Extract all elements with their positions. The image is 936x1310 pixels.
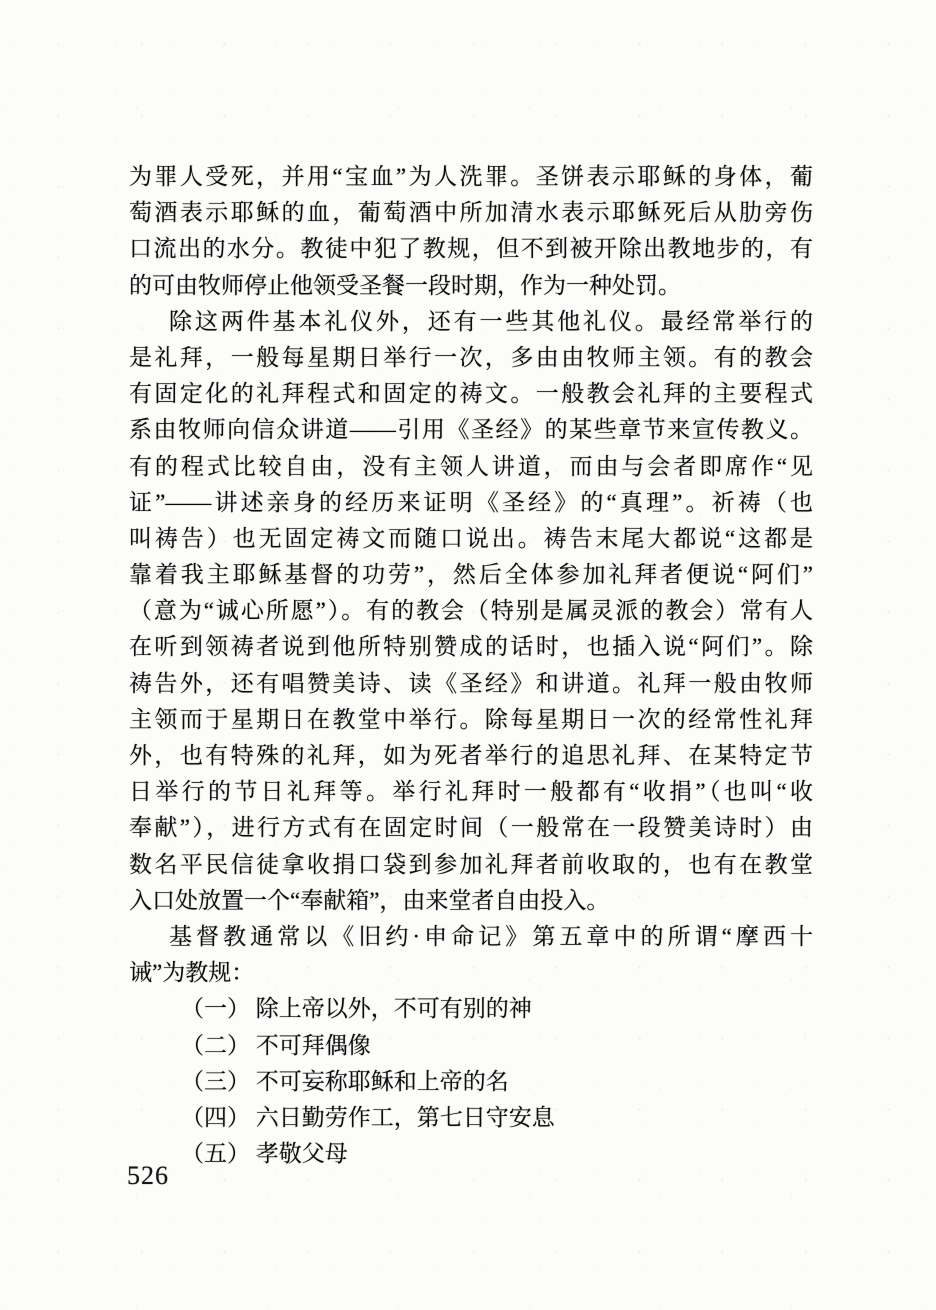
text-line: 是礼拜，一般每星期日举行一次，多由由牧师主领。有的教会 [129, 340, 813, 376]
text-line: 系由牧师向信众讲道——引用《圣经》的某些章节来宣传教义。 [129, 412, 813, 448]
page-number: 526 [127, 1161, 169, 1191]
text-line: （意为“诚心所愿”）。有的教会（特别是属灵派的教会）常有人 [129, 593, 813, 629]
commandment-list-item: （二） 不可拜偶像 [129, 1028, 813, 1064]
text-line: 叫祷告）也无固定祷文而随口说出。祷告末尾大都说“这都是 [129, 521, 813, 557]
text-line: 诫”为教规： [129, 955, 813, 991]
text-line: 入口处放置一个“奉献箱”，由来堂者自由投入。 [129, 883, 813, 919]
text-line: 的可由牧师停止他领受圣餐一段时期，作为一种处罚。 [129, 268, 813, 304]
text-line: 外，也有特殊的礼拜，如为死者举行的追思礼拜、在某特定节 [129, 738, 813, 774]
commandment-list-item: （四） 六日勤劳作工，第七日守安息 [129, 1100, 813, 1136]
text-line: 基督教通常以《旧约·申命记》第五章中的所谓“摩西十 [129, 919, 813, 955]
text-line: 祷告外，还有唱赞美诗、读《圣经》和讲道。礼拜一般由牧师 [129, 666, 813, 702]
commandment-list-item: （一） 除上帝以外，不可有别的神 [129, 991, 813, 1027]
text-line: 口流出的水分。教徒中犯了教规，但不到被开除出教地步的，有 [129, 231, 813, 267]
text-line: 萄酒表示耶稣的血，葡萄酒中所加清水表示耶稣死后从肋旁伤 [129, 195, 813, 231]
text-line: 除这两件基本礼仪外，还有一些其他礼仪。最经常举行的 [129, 304, 813, 340]
text-line: 日举行的节日礼拜等。举行礼拜时一般都有“收捐”（也叫“收 [129, 774, 813, 810]
text-line: 在听到领祷者说到他所特别赞成的话时，也插入说“阿们”。除 [129, 629, 813, 665]
commandment-list-item: （三） 不可妄称耶稣和上帝的名 [129, 1064, 813, 1100]
book-page: 为罪人受死，并用“宝血”为人洗罪。圣饼表示耶稣的身体，葡 萄酒表示耶稣的血，葡萄… [0, 0, 936, 1310]
text-line: 有固定化的礼拜程式和固定的祷文。一般教会礼拜的主要程式 [129, 376, 813, 412]
body-text: 为罪人受死，并用“宝血”为人洗罪。圣饼表示耶稣的身体，葡 萄酒表示耶稣的血，葡萄… [129, 159, 813, 1172]
commandment-list-item: （五） 孝敬父母 [129, 1136, 813, 1172]
text-line: 数名平民信徒拿收捐口袋到参加礼拜者前收取的，也有在教堂 [129, 847, 813, 883]
text-line: 有的程式比较自由，没有主领人讲道，而由与会者即席作“见 [129, 449, 813, 485]
text-line: 奉献”），进行方式有在固定时间（一般常在一段赞美诗时）由 [129, 810, 813, 846]
text-line: 主领而于星期日在教堂中举行。除每星期日一次的经常性礼拜 [129, 702, 813, 738]
text-line: 为罪人受死，并用“宝血”为人洗罪。圣饼表示耶稣的身体，葡 [129, 159, 813, 195]
text-line: 证”——讲述亲身的经历来证明《圣经》的“真理”。祈祷（也 [129, 485, 813, 521]
text-line: 靠着我主耶稣基督的功劳”，然后全体参加礼拜者便说“阿们” [129, 557, 813, 593]
